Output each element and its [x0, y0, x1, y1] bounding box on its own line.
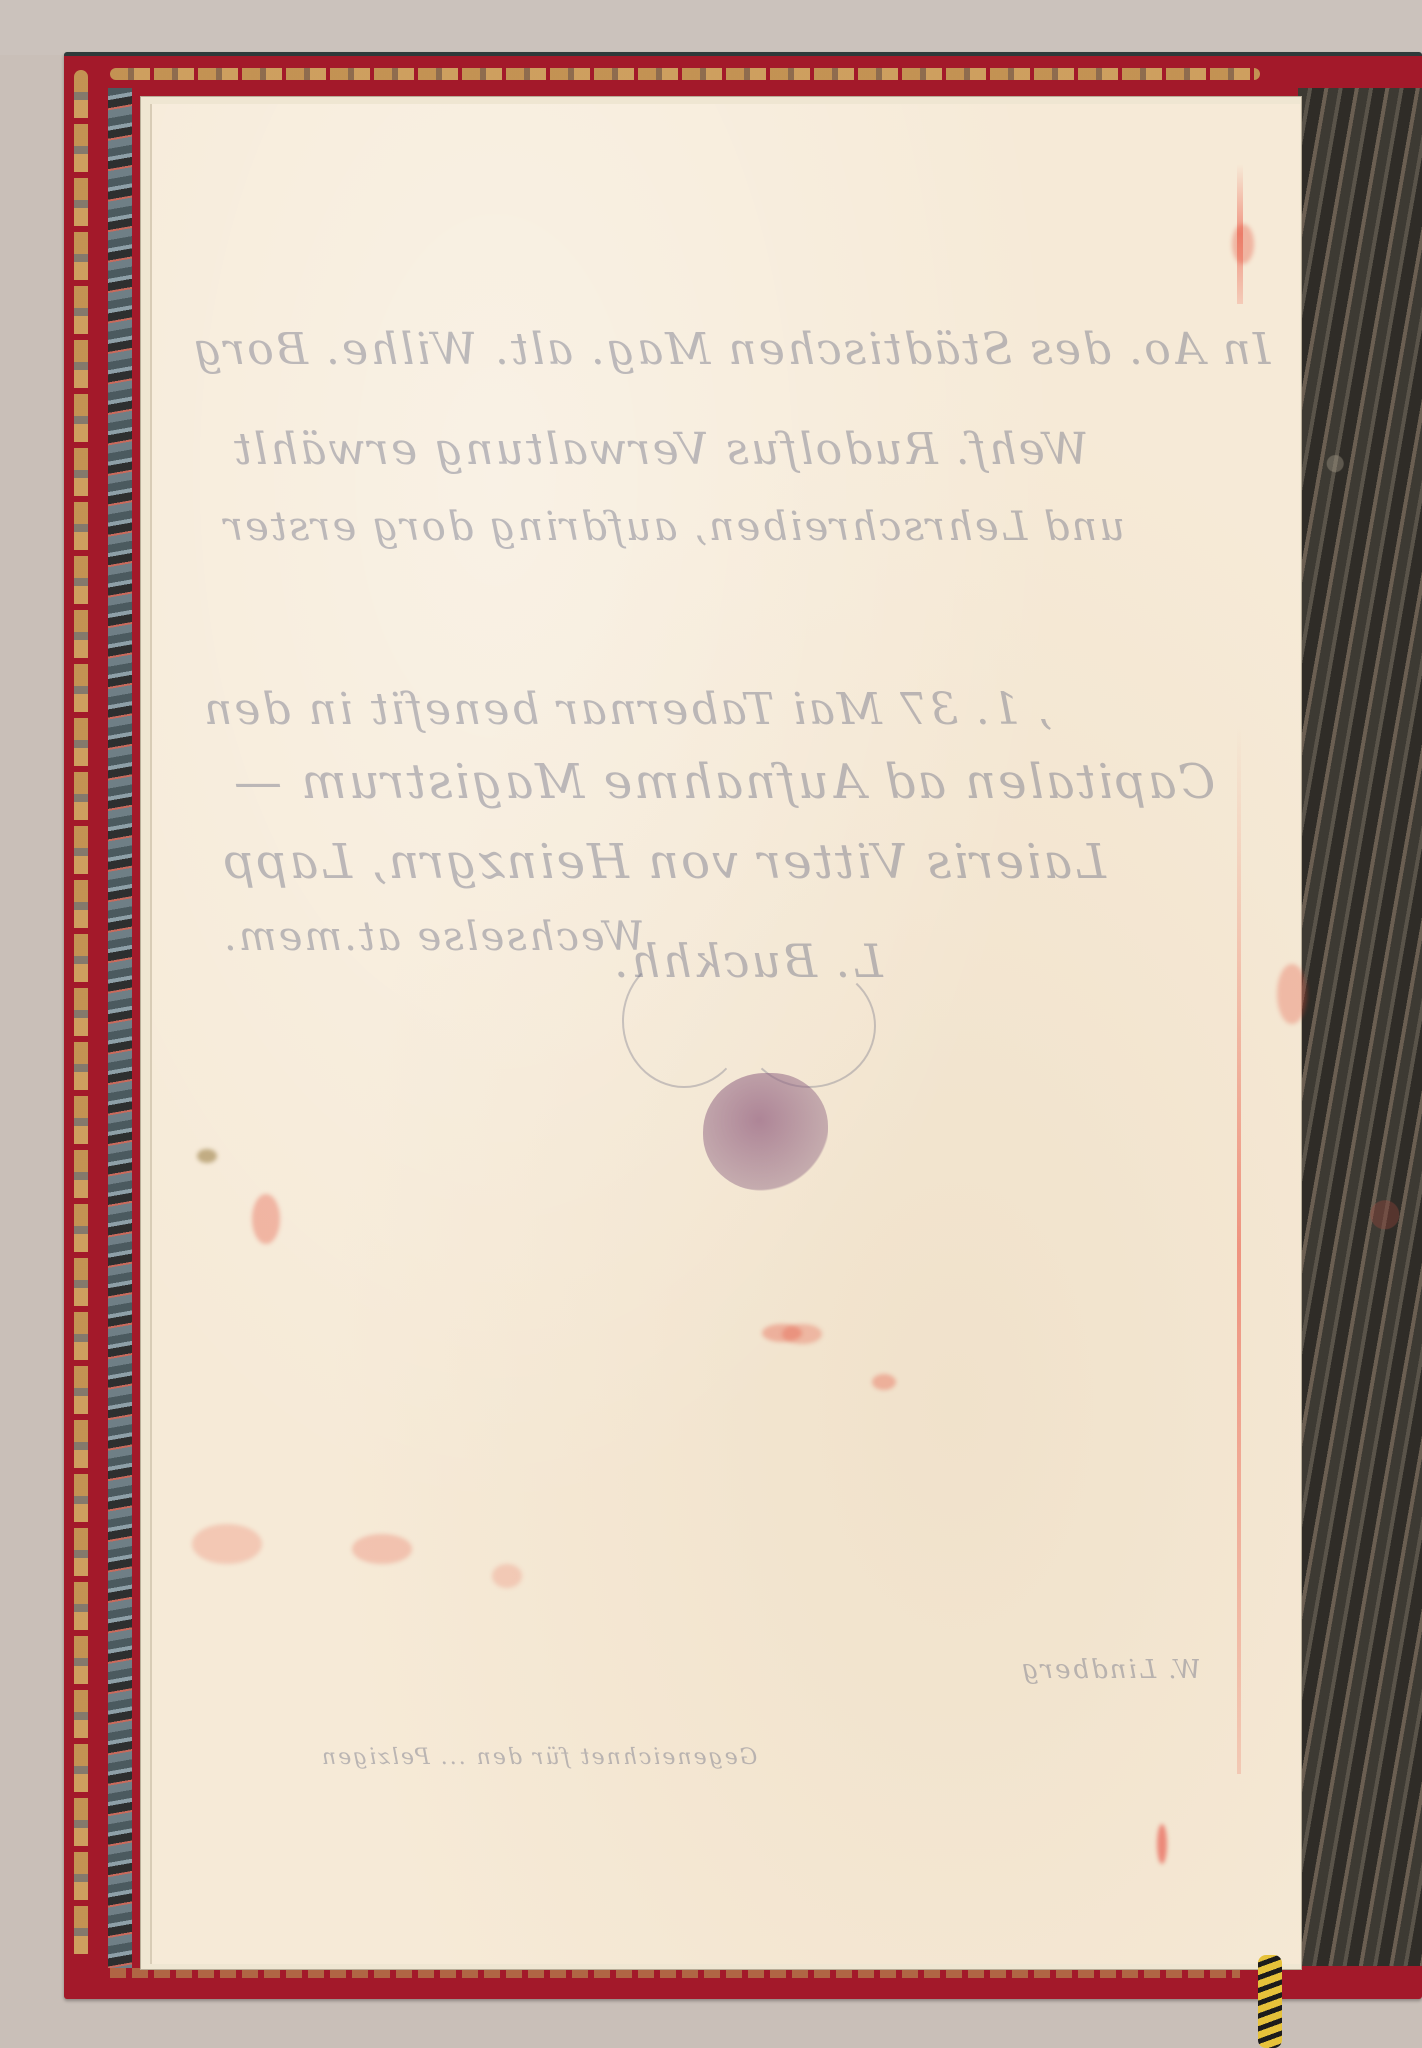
wax-seal-stain — [703, 1073, 828, 1191]
bookmark-ribbon — [1258, 1955, 1282, 2048]
bleed-through-line: In Ao. des Städtischen Mag. alt. Wilhe. … — [192, 324, 1270, 375]
gilt-tooled-border-top — [110, 68, 1260, 80]
red-margin-line — [1237, 724, 1241, 1774]
bleed-through-line: , 1. 37 Mai Tabernar benefit in den — [202, 684, 1052, 735]
gilt-tooled-border-left — [74, 70, 88, 1960]
bleed-through-line: Wehf. Rudolfus Verwaltung erwählt — [232, 424, 1088, 475]
foxing-stain — [872, 1374, 896, 1390]
seal-outline-right — [742, 964, 876, 1088]
bleed-through-line: und Lehrschreiben, aufdring dorg erster — [222, 504, 1125, 550]
foxing-stain — [252, 1194, 280, 1244]
bleed-through-note-lower-left: Gegeneichnet für den ... Pelzigen — [320, 1745, 757, 1770]
foxing-stain — [1277, 964, 1307, 1024]
seal-outline-left — [622, 954, 746, 1088]
foxing-stain — [782, 1324, 822, 1344]
bleed-through-line: Laieris Vitter von Heinzgrn, Lapp — [222, 834, 1106, 890]
marbled-endpaper-left — [108, 88, 132, 1968]
foxing-stain — [192, 1524, 262, 1564]
bleed-through-line: Wechselse at.mem. — [222, 914, 644, 960]
bleed-through-note-lower-right: W. Lindberg — [1020, 1655, 1201, 1685]
bleed-through-line: Capitalen ad Aufnahme Magistrum — — [232, 754, 1215, 810]
foxing-stain — [1157, 1824, 1167, 1864]
dirt-spot — [197, 1149, 217, 1163]
background-surface — [0, 0, 1422, 55]
marbled-endpaper-right — [1298, 88, 1422, 1966]
foxing-stain — [352, 1534, 412, 1564]
document-page: In Ao. des Städtischen Mag. alt. Wilhe. … — [150, 104, 1300, 1964]
foxing-stain — [1232, 224, 1254, 264]
foxing-stain — [492, 1564, 522, 1588]
